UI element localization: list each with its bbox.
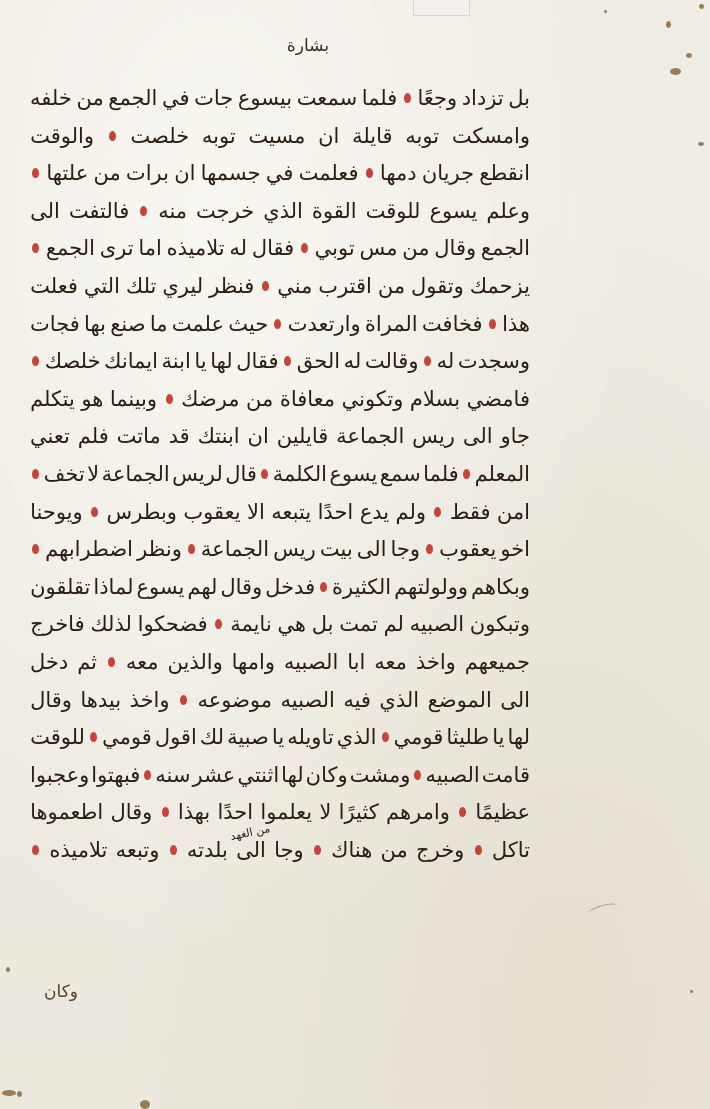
manuscript-line: تاكلوخرجمنهناكوجاالىبلدتهوتبعهتلاميذه: [30, 832, 530, 870]
manuscript-word: ابنتك: [198, 418, 240, 456]
manuscript-line: يزحمكوتقولمناقتربمنيفنظرليريتلكالتيفعلت: [30, 268, 530, 306]
manuscript-line: عظيمًاوامرهمكثيرًالايعلموااحدًابهذاوقالا…: [30, 794, 530, 832]
rubric-dot: [262, 281, 269, 291]
manuscript-word: ومشت: [350, 757, 411, 795]
manuscript-word: من: [402, 230, 429, 268]
manuscript-word: يا: [194, 343, 206, 381]
manuscript-word: المراة: [365, 306, 418, 344]
manuscript-line: وامسكتتوبهقايلةانمسيتتوبهخلصتوالوقت: [30, 118, 530, 156]
manuscript-word: مرضك: [181, 381, 239, 419]
manuscript-word: قال: [225, 456, 257, 494]
manuscript-word: يسوع: [429, 193, 477, 231]
manuscript-word: اضطرابهم: [45, 531, 133, 569]
manuscript-word: سنه: [155, 757, 190, 795]
manuscript-word: الجمع: [46, 230, 95, 268]
manuscript-word: وجا: [274, 832, 304, 870]
manuscript-word: اما: [138, 230, 161, 268]
manuscript-word: لماذا: [93, 569, 133, 607]
manuscript-line: هذافخافتالمراةوارتعدتحيثعلمتماصنعبهافجات: [30, 306, 530, 344]
rubric-dot: [301, 243, 308, 253]
manuscript-word: ابا: [347, 644, 365, 682]
manuscript-word: جسمها: [201, 155, 261, 193]
manuscript-line: اخويعقوبوجاالىبيتريسالجماعةونظراضطرابهم: [30, 531, 530, 569]
manuscript-word: من: [381, 832, 408, 870]
manuscript-word: فامضي: [467, 381, 530, 419]
manuscript-word: وقال: [30, 682, 72, 720]
manuscript-word: صنع: [110, 306, 145, 344]
manuscript-line: جاوالىريسالجماعةقايلينانابنتكقدماتتفلمتع…: [30, 418, 530, 456]
manuscript-word: وبكاهم: [471, 569, 530, 607]
manuscript-word: وجعًا: [417, 80, 457, 118]
manuscript-word: وبينما: [110, 381, 157, 419]
rubric-dot: [140, 206, 147, 216]
manuscript-word: يتبعه: [271, 494, 311, 532]
manuscript-word: كثيرًا: [339, 794, 379, 832]
manuscript-word: وولولتهم: [394, 569, 468, 607]
manuscript-word: الى: [500, 682, 530, 720]
foxing-spot: [604, 10, 607, 13]
manuscript-word: من: [93, 155, 120, 193]
rubric-dot: [162, 807, 169, 817]
manuscript-word: الصبيه: [425, 757, 479, 795]
manuscript-word: يا: [492, 719, 504, 757]
foxing-spot: [6, 967, 10, 972]
manuscript-word: مسيت: [248, 118, 305, 156]
manuscript-word: التي: [84, 268, 120, 306]
pencil-mark: [587, 901, 618, 917]
manuscript-word: جميعهم: [465, 644, 530, 682]
manuscript-word: بهذا: [178, 794, 210, 832]
catchword: وكان: [44, 982, 78, 1002]
rubric-dot: [109, 131, 116, 141]
manuscript-word: فيه: [343, 682, 371, 720]
foxing-spot: [666, 21, 671, 28]
manuscript-word: بيت: [320, 531, 353, 569]
manuscript-word: لا: [87, 456, 99, 494]
rubric-dot: [414, 770, 421, 780]
rubric-dot: [475, 845, 482, 855]
manuscript-word: تاويله: [287, 719, 333, 757]
manuscript-word: يزحمك: [470, 268, 530, 306]
foxing-spot: [670, 68, 681, 75]
manuscript-word: تلاميذه: [167, 230, 225, 268]
rubric-dot: [90, 732, 97, 742]
manuscript-word: معه: [374, 644, 407, 682]
manuscript-word: تزداد: [462, 80, 504, 118]
manuscript-word: وقال: [110, 794, 152, 832]
manuscript-line: جميعهمواخذمعهاباالصبيهوامهاوالذينمعهثمدخ…: [30, 644, 530, 682]
manuscript-word: لك: [200, 719, 224, 757]
manuscript-line: لهاياطليثاقوميالذيتاويلهياصبيةلكاقولقومي…: [30, 719, 530, 757]
manuscript-word: الصبيه: [280, 682, 334, 720]
manuscript-word: وعجبوا: [30, 757, 89, 795]
manuscript-line: امنفقطولميدعاحدًايتبعهالايعقوبوبطرسويوحن…: [30, 494, 530, 532]
manuscript-word: لذلك: [90, 606, 132, 644]
manuscript-word: فقط: [450, 494, 491, 532]
manuscript-word: يدع: [360, 494, 389, 532]
manuscript-line: وبكاهموولولتهمالكثيرةفدخلوقاللهميسوعلماذ…: [30, 569, 530, 607]
manuscript-word: توبه: [202, 118, 236, 156]
manuscript-word: واخذ: [416, 644, 456, 682]
manuscript-word: هي: [277, 606, 306, 644]
manuscript-word: لها: [508, 719, 530, 757]
manuscript-word: وامسكت: [452, 118, 530, 156]
manuscript-word: هناك: [331, 832, 372, 870]
manuscript-line: وعلميسوعللوقتالقوةالذيخرجتمنهفالتفتالى: [30, 193, 530, 231]
manuscript-word: ريس: [273, 531, 316, 569]
rubric-dot: [32, 544, 39, 554]
manuscript-word: والوقت: [30, 118, 94, 156]
manuscript-word: الجمع: [481, 230, 530, 268]
manuscript-word: فقال: [236, 343, 278, 381]
manuscript-word: القوة: [312, 193, 357, 231]
manuscript-line: المعلمفلماسمعيسوعالكلمةقاللريسالجماعةلات…: [30, 456, 530, 494]
manuscript-word: الجماعة: [336, 418, 404, 456]
manuscript-word: فاخرج: [30, 606, 85, 644]
manuscript-line: قامتالصبيهومشتوكانلهااثنتيعشرسنهفبهتواوع…: [30, 757, 530, 795]
manuscript-word: مس: [359, 230, 397, 268]
manuscript-word: الكثيرة: [332, 569, 391, 607]
manuscript-word: سمعت: [297, 80, 358, 118]
manuscript-line: وسجدتلهوقالتلهالحقفقاللهاياابنةايمانكخلص…: [30, 343, 530, 381]
folio-header: بشارة: [278, 36, 338, 56]
paper-tab-strip: [413, 0, 470, 16]
manuscript-word: الى: [357, 531, 387, 569]
manuscript-word: للوقت: [30, 719, 85, 757]
manuscript-word: لها: [281, 757, 303, 795]
manuscript-word: الصبيه: [410, 606, 464, 644]
manuscript-word: خرجت: [196, 193, 254, 231]
manuscript-word: واخذ: [130, 682, 170, 720]
rubric-dot: [426, 544, 433, 554]
manuscript-word: تاكل: [492, 832, 530, 870]
rubric-dot: [32, 845, 39, 855]
rubric-dot: [320, 582, 327, 592]
manuscript-word: يعقوب: [439, 531, 496, 569]
manuscript-word: هو: [81, 381, 103, 419]
rubric-dot: [32, 469, 39, 479]
manuscript-word: وقال: [434, 230, 476, 268]
rubric-dot: [382, 732, 389, 742]
rubric-dot: [144, 770, 151, 780]
rubric-dot: [32, 243, 39, 253]
manuscript-word: ماتت: [117, 418, 161, 456]
manuscript-word: برات: [126, 155, 169, 193]
manuscript-word: منه: [158, 193, 187, 231]
manuscript-word: ترى: [100, 230, 134, 268]
rubric-dot: [434, 507, 441, 517]
manuscript-word: ريس: [412, 418, 455, 456]
manuscript-word: الى: [463, 418, 493, 456]
manuscript-word: تعني: [30, 418, 70, 456]
manuscript-word: الى: [30, 193, 60, 231]
manuscript-word: امن: [497, 494, 530, 532]
manuscript-word: مني: [277, 268, 312, 306]
rubric-dot: [314, 845, 321, 855]
manuscript-word: دمها: [380, 155, 417, 193]
foxing-spot: [17, 1091, 22, 1097]
manuscript-word: بيسوع: [238, 80, 292, 118]
manuscript-word: الجماعة: [201, 531, 269, 569]
manuscript-word: وارتعدت: [288, 306, 361, 344]
manuscript-word: قومي: [102, 719, 152, 757]
manuscript-word: وقال: [220, 569, 262, 607]
manuscript-word: ان: [174, 155, 195, 193]
manuscript-word: وتكوني: [342, 381, 404, 419]
manuscript-word: ونظر: [137, 531, 182, 569]
manuscript-word: لها: [210, 343, 232, 381]
foxing-spot: [140, 1100, 150, 1109]
manuscript-word: ان: [248, 418, 269, 456]
manuscript-word: لم: [384, 606, 404, 644]
manuscript-word: ويوحنا: [30, 494, 83, 532]
manuscript-word: خلفه: [30, 80, 72, 118]
manuscript-word: خلصك: [45, 343, 101, 381]
manuscript-word: لا: [319, 794, 331, 832]
manuscript-word: لريس: [172, 456, 223, 494]
rubric-dot: [404, 93, 411, 103]
manuscript-word: قامت: [482, 757, 530, 795]
manuscript-word: لهم: [187, 569, 217, 607]
rubric-dot: [215, 619, 222, 629]
manuscript-word: تلاميذه: [49, 832, 107, 870]
rubric-dot: [284, 356, 291, 366]
manuscript-word: عظيمًا: [475, 794, 530, 832]
manuscript-word: نايمة: [230, 606, 272, 644]
manuscript-word: ما: [150, 306, 168, 344]
manuscript-word: بلدته: [187, 832, 228, 870]
manuscript-word: هذا: [502, 306, 530, 344]
manuscript-word: معافاة: [280, 381, 335, 419]
manuscript-word: الذي: [379, 682, 419, 720]
rubric-dot: [366, 168, 373, 178]
manuscript-word: انقطع: [479, 155, 530, 193]
manuscript-word: توبه: [405, 118, 439, 156]
manuscript-word: يتكلم: [30, 381, 75, 419]
manuscript-line: فامضيبسلاموتكونيمعافاةمنمرضكوبينماهويتكل…: [30, 381, 530, 419]
manuscript-word: ايمانك: [104, 343, 158, 381]
manuscript-word: جريان: [422, 155, 474, 193]
manuscript-word: موضوعه: [197, 682, 272, 720]
foxing-spot: [686, 53, 692, 58]
rubric-dot: [170, 845, 177, 855]
manuscript-word: حيث: [228, 306, 268, 344]
manuscript-word: وتقول: [411, 268, 464, 306]
manuscript-word: يسوع: [136, 569, 184, 607]
manuscript-word: وكان: [306, 757, 348, 795]
manuscript-word: فدخل: [265, 569, 315, 607]
manuscript-word: خلصت: [130, 118, 189, 156]
manuscript-word: معه: [126, 644, 159, 682]
manuscript-word: له: [229, 230, 247, 268]
manuscript-word: الذي: [337, 719, 377, 757]
manuscript-word: تمت: [339, 606, 378, 644]
rubric-dot: [274, 319, 281, 329]
manuscript-word: وجا: [390, 531, 420, 569]
rubric-dot: [463, 469, 470, 479]
manuscript-word: علتها: [46, 155, 88, 193]
manuscript-word: فالتفت: [69, 193, 129, 231]
manuscript-word: قايلين: [277, 418, 329, 456]
manuscript-word: بل: [312, 606, 334, 644]
manuscript-word: بها: [84, 306, 106, 344]
manuscript-line: بلتزدادوجعًافلماسمعتبيسوعجاتفيالجمعمنخلف…: [30, 80, 530, 118]
rubric-dot: [261, 469, 268, 479]
manuscript-word: فلما: [423, 456, 459, 494]
manuscript-word: فلما: [362, 80, 398, 118]
rubric-dot: [32, 356, 39, 366]
manuscript-word: له: [344, 343, 362, 381]
manuscript-word: ليري: [162, 268, 203, 306]
manuscript-word: صبية: [227, 719, 269, 757]
manuscript-line: وتبكونالصبيهلمتمتبلهينايمةفضحكوالذلكفاخر…: [30, 606, 530, 644]
manuscript-word: جات: [194, 80, 233, 118]
manuscript-word: يا: [272, 719, 284, 757]
manuscript-word: فنظر: [209, 268, 254, 306]
manuscript-word: اخو: [500, 531, 530, 569]
manuscript-word: في: [162, 80, 190, 118]
manuscript-word: فلم: [78, 418, 109, 456]
manuscript-word: اطعموها: [30, 794, 103, 832]
manuscript-word: فخافت: [422, 306, 483, 344]
manuscript-word: وامرهم: [386, 794, 450, 832]
manuscript-word: جاو: [500, 418, 530, 456]
manuscript-word: الحق: [297, 343, 340, 381]
manuscript-word: وعلم: [486, 193, 530, 231]
manuscript-word: طليثا: [446, 719, 489, 757]
manuscript-word: فضحكوا: [138, 606, 208, 644]
manuscript-word: قومي: [394, 719, 444, 757]
rubric-dot: [180, 695, 187, 705]
manuscript-word: دخل: [30, 644, 68, 682]
manuscript-word: وسجدت: [458, 343, 530, 381]
manuscript-word: الجماعة: [102, 456, 170, 494]
manuscript-word: فعلت: [30, 268, 78, 306]
foxing-spot: [699, 4, 704, 9]
manuscript-word: اقول: [155, 719, 197, 757]
manuscript-word: الكلمة: [273, 456, 327, 494]
manuscript-word: قايلة: [352, 118, 393, 156]
rubric-dot: [424, 356, 431, 366]
manuscript-word: الموضع: [428, 682, 492, 720]
manuscript-word: وامها: [232, 644, 275, 682]
manuscript-word: والذين: [167, 644, 222, 682]
manuscript-word: بل: [508, 80, 530, 118]
manuscript-word: ابنة: [162, 343, 191, 381]
manuscript-word: احدًا: [318, 494, 354, 532]
manuscript-word: من: [76, 80, 103, 118]
rubric-dot: [91, 507, 98, 517]
manuscript-word: بيدها: [80, 682, 121, 720]
manuscript-word: من: [246, 381, 273, 419]
manuscript-word: يعقوب: [183, 494, 240, 532]
manuscript-word: اقترب: [318, 268, 372, 306]
manuscript-word: وخرج: [416, 832, 464, 870]
manuscript-word: ان: [318, 118, 339, 156]
manuscript-word: فعلمت: [299, 155, 359, 193]
manuscript-word: تخف: [44, 456, 85, 494]
manuscript-word: من: [378, 268, 405, 306]
manuscript-word: ثم: [77, 644, 97, 682]
manuscript-word: فقال: [252, 230, 294, 268]
manuscript-line: الىالموضعالذيفيهالصبيهموضوعهواخذبيدهاوقا…: [30, 682, 530, 720]
rubric-dot: [459, 807, 466, 817]
foxing-spot: [690, 990, 693, 993]
manuscript-line: الجمعوقالمنمستوبيفقاللهتلاميذهاماترىالجم…: [30, 230, 530, 268]
foxing-spot: [698, 142, 704, 146]
manuscript-word: فبهتوا: [91, 757, 140, 795]
manuscript-text-block: بلتزدادوجعًافلماسمعتبيسوعجاتفيالجمعمنخلف…: [30, 80, 530, 869]
manuscript-word: له: [437, 343, 455, 381]
manuscript-word: الذي: [263, 193, 303, 231]
manuscript-word: وتبكون: [470, 606, 530, 644]
manuscript-word: للوقت: [366, 193, 421, 231]
manuscript-page: بشارة بلتزدادوجعًافلماسمعتبيسوعجاتفيالجم…: [0, 0, 710, 1109]
manuscript-word: اثنتي: [237, 757, 279, 795]
manuscript-word: تقلقون: [30, 569, 90, 607]
manuscript-word: عشر: [192, 757, 235, 795]
manuscript-word: ولم: [396, 494, 427, 532]
manuscript-word: فجات: [30, 306, 80, 344]
rubric-dot: [108, 657, 115, 667]
foxing-spot: [2, 1090, 16, 1096]
manuscript-word: بسلام: [410, 381, 460, 419]
manuscript-word: يسوع: [329, 456, 377, 494]
manuscript-word: علمت: [172, 306, 224, 344]
manuscript-word: وتبعه: [116, 832, 160, 870]
rubric-dot: [489, 319, 496, 329]
manuscript-word: سمع: [380, 456, 421, 494]
manuscript-word: تلك: [126, 268, 157, 306]
manuscript-word: في: [266, 155, 294, 193]
rubric-dot: [188, 544, 195, 554]
manuscript-word: الا: [247, 494, 265, 532]
manuscript-word: الجمع: [108, 80, 157, 118]
manuscript-word: وقالت: [365, 343, 419, 381]
manuscript-word: توبي: [315, 230, 355, 268]
manuscript-word: المعلم: [475, 456, 530, 494]
manuscript-word: الصبيه: [284, 644, 338, 682]
manuscript-word: قد: [169, 418, 190, 456]
rubric-dot: [32, 168, 39, 178]
manuscript-word: وبطرس: [107, 494, 177, 532]
rubric-dot: [166, 394, 173, 404]
manuscript-line: انقطعجرياندمهافعلمتفيجسمهاانبراتمنعلتها: [30, 155, 530, 193]
